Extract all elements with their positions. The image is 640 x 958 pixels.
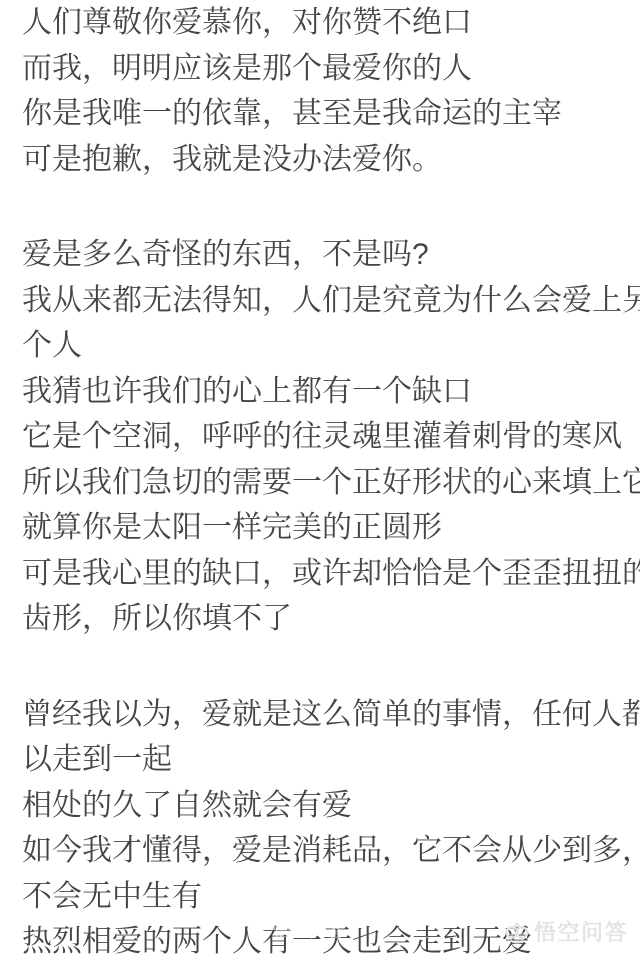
text-paragraph: 曾经我以为，爱就是这么简单的事情，任何人都可以走到一起相处的久了自然就会有爱如今… [22,692,630,958]
text-line: 而我，明明应该是那个最爱你的人 [22,46,630,92]
text-line: 热烈相爱的两个人有一天也会走到无爱 [22,919,630,958]
text-paragraph: 爱是多么奇怪的东西，不是吗?我从来都无法得知，人们是究竟为什么会爱上另一个人我猜… [22,232,630,642]
text-line: 它是个空洞，呼呼的往灵魂里灌着刺骨的寒风 [22,414,630,460]
text-line: 所以我们急切的需要一个正好形状的心来填上它 [22,460,630,506]
text-line: 我从来都无法得知，人们是究竟为什么会爱上另一 [22,278,630,324]
text-line: 我猜也许我们的心上都有一个缺口 [22,369,630,415]
text-line: 人们尊敬你爱慕你，对你赞不绝口 [22,0,630,46]
text-line: 可是抱歉，我就是没办法爱你。 [22,137,630,183]
text-line: 相处的久了自然就会有爱 [22,783,630,829]
text-line: 就算你是太阳一样完美的正圆形 [22,505,630,551]
text-line: 个人 [22,323,630,369]
text-paragraph: 人们尊敬你爱慕你，对你赞不绝口而我，明明应该是那个最爱你的人你是我唯一的依靠，甚… [22,0,630,182]
text-line: 齿形，所以你填不了 [22,596,630,642]
text-block: 人们尊敬你爱慕你，对你赞不绝口而我，明明应该是那个最爱你的人你是我唯一的依靠，甚… [22,0,630,958]
page-root: 人们尊敬你爱慕你，对你赞不绝口而我，明明应该是那个最爱你的人你是我唯一的依靠，甚… [0,0,640,958]
text-line: 不会无中生有 [22,874,630,920]
text-line: 爱是多么奇怪的东西，不是吗? [22,232,630,278]
text-line: 曾经我以为，爱就是这么简单的事情，任何人都可 [22,692,630,738]
text-line: 可是我心里的缺口，或许却恰恰是个歪歪扭扭的锯 [22,551,630,597]
text-line: 以走到一起 [22,737,630,783]
text-line: 你是我唯一的依靠，甚至是我命运的主宰 [22,91,630,137]
text-line: 如今我才懂得，爱是消耗品，它不会从少到多，更 [22,828,630,874]
